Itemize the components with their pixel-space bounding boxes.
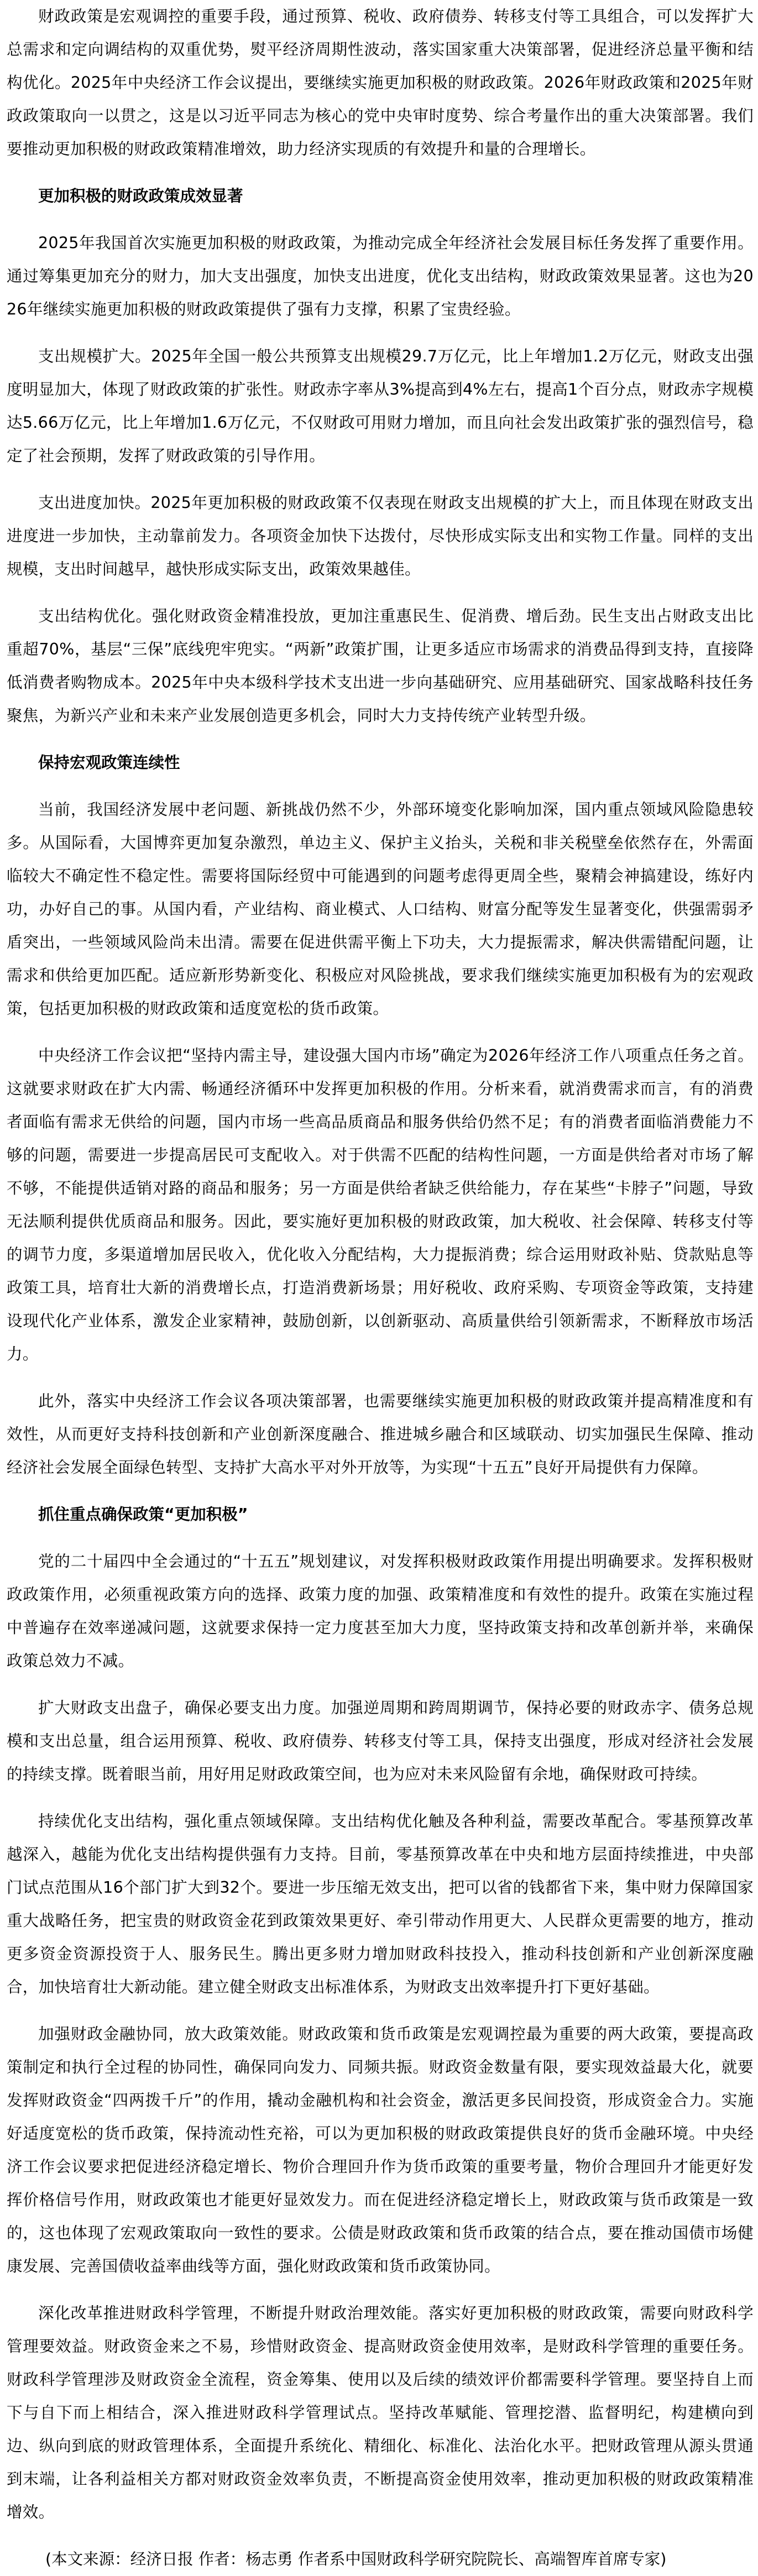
paragraph: 党的二十届四中全会通过的“十五五”规划建议，对发挥积极财政政策作用提出明确要求。… (7, 1545, 754, 1678)
paragraph: 扩大财政支出盘子，确保必要支出力度。加强逆周期和跨周期调节，保持必要的财政赤字、… (7, 1692, 754, 1791)
paragraph: 当前，我国经济发展中老问题、新挑战仍然不少，外部环境变化影响加深，国内重点领域风… (7, 793, 754, 1025)
section-policy-continuity: 保持宏观政策连续性 当前，我国经济发展中老问题、新挑战仍然不少，外部环境变化影响… (7, 746, 754, 1484)
paragraph: 加强财政金融协同，放大政策效能。财政政策和货币政策是宏观调控最为重要的两大政策，… (7, 2018, 754, 2283)
source-attribution: (本文来源：经济日报 作者：杨志勇 作者系中国财政科学研究院院长、高端智库首席专… (7, 2543, 754, 2576)
paragraph: 此外，落实中央经济工作会议各项决策部署，也需要继续实施更加积极的财政政策并提高精… (7, 1385, 754, 1484)
section-heading: 抓住重点确保政策“更加积极” (7, 1498, 754, 1531)
paragraph: 持续优化支出结构，强化重点领域保障。支出结构优化触及各种利益，需要改革配合。零基… (7, 1805, 754, 2004)
paragraph: 支出规模扩大。2025年全国一般公共预算支出规模29.7万亿元，比上年增加1.2… (7, 340, 754, 473)
paragraph: 支出结构优化。强化财政资金精准投放，更加注重惠民生、促消费、增后劲。民生支出占财… (7, 600, 754, 732)
section-fiscal-results: 更加积极的财政政策成效显著 2025年我国首次实施更加积极的财政政策，为推动完成… (7, 180, 754, 732)
paragraph: 中央经济工作会议把“坚持内需主导，建设强大国内市场”确定为2026年经济工作八项… (7, 1039, 754, 1371)
article-body: 财政政策是宏观调控的重要手段，通过预算、税收、政府债券、转移支付等工具组合，可以… (0, 0, 758, 2576)
section-heading: 保持宏观政策连续性 (7, 746, 754, 779)
intro-paragraph: 财政政策是宏观调控的重要手段，通过预算、税收、政府债券、转移支付等工具组合，可以… (7, 0, 754, 166)
section-key-priorities: 抓住重点确保政策“更加积极” 党的二十届四中全会通过的“十五五”规划建议，对发挥… (7, 1498, 754, 2529)
paragraph: 深化改革推进财政科学管理，不断提升财政治理效能。落实好更加积极的财政政策，需要向… (7, 2297, 754, 2529)
paragraph: 2025年我国首次实施更加积极的财政政策，为推动完成全年经济社会发展目标任务发挥… (7, 227, 754, 326)
section-heading: 更加积极的财政政策成效显著 (7, 180, 754, 213)
paragraph: 支出进度加快。2025年更加积极的财政政策不仅表现在财政支出规模的扩大上，而且体… (7, 486, 754, 586)
